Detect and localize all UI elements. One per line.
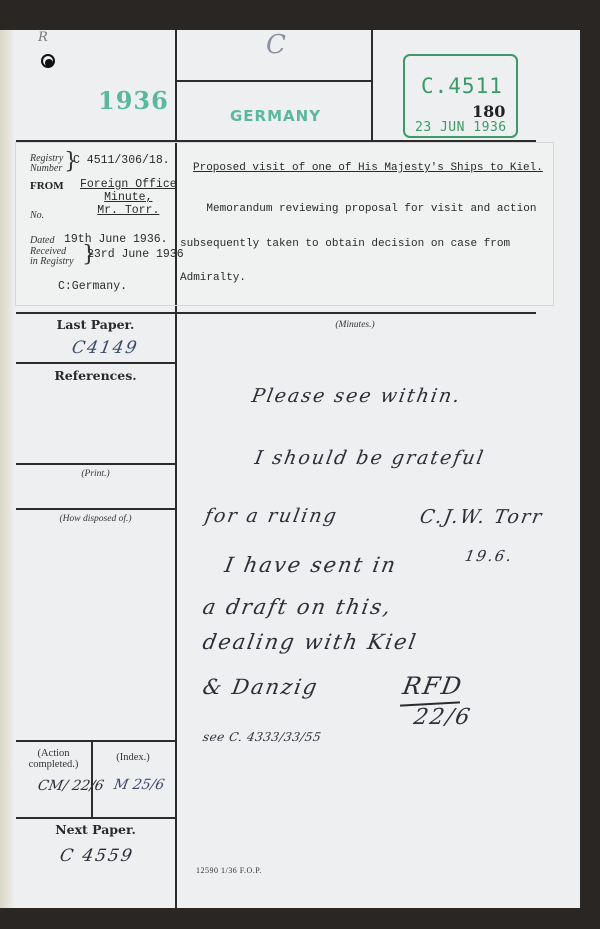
binding-edge xyxy=(0,30,14,908)
registry-slip: Registry Number } C 4511/306/18. FROM Fo… xyxy=(16,143,553,305)
next-paper-value: C 4559 xyxy=(58,846,135,866)
print-label: (Print.) xyxy=(16,469,175,479)
summary: Memorandum reviewing proposal for visit … xyxy=(180,181,536,308)
index-label: (Index.) xyxy=(91,752,175,763)
dated-value: 19th June 1936. xyxy=(64,233,168,246)
received-label: Received in Registry xyxy=(30,247,74,267)
minutes-label: (Minutes.) xyxy=(175,320,535,330)
minute-signature: RFD xyxy=(401,672,466,700)
subject-line: Proposed visit of one of His Majesty's S… xyxy=(193,162,543,174)
last-paper-label: Last Paper. xyxy=(16,317,175,332)
divider xyxy=(16,140,536,142)
divider xyxy=(175,143,177,305)
last-paper-value: C4149 xyxy=(70,338,140,358)
no-label: No. xyxy=(30,211,44,221)
minute-line: for a ruling xyxy=(203,505,340,527)
minute-line: a draft on this, xyxy=(201,595,394,619)
from-value: Foreign Office Minute, Mr. Torr. xyxy=(80,178,177,217)
minute-line: Please see within. xyxy=(250,385,463,407)
stamp-sub-number: 180 xyxy=(472,102,505,121)
received-value: 23rd June 1936 xyxy=(87,248,184,261)
registry-number: C 4511/306/18. xyxy=(73,154,170,167)
action-completed-label: (Action completed.) xyxy=(16,748,91,770)
country-stamp: GERMANY xyxy=(230,107,321,125)
divider xyxy=(371,30,373,142)
divider xyxy=(16,817,175,819)
divider xyxy=(16,463,175,465)
references-label: References. xyxy=(16,368,175,383)
next-paper-label: Next Paper. xyxy=(16,822,175,837)
minute-line: & Danzig xyxy=(201,675,321,699)
minute-date-note: 19.6. xyxy=(463,547,514,565)
minute-line: I have sent in xyxy=(223,553,399,577)
stamp-number: C.4511 xyxy=(421,74,503,98)
divider xyxy=(16,740,175,742)
divider xyxy=(16,362,175,364)
index-value: M 25/6 xyxy=(113,777,166,793)
minute-line: dealing with Kiel xyxy=(201,630,420,654)
divider xyxy=(16,508,175,510)
minute-reference: see C. 4333/33/55 xyxy=(202,730,323,744)
from-label: FROM xyxy=(30,180,64,192)
dated-label: Dated xyxy=(30,236,54,246)
minute-line: I should be grateful xyxy=(253,447,487,469)
registry-number-label: Registry Number xyxy=(30,154,63,174)
class-mark: C xyxy=(266,30,286,60)
stamp-date: 23 JUN 1936 xyxy=(415,120,507,135)
punch-hole-icon xyxy=(41,54,55,68)
file-value: C:Germany. xyxy=(58,280,127,293)
registry-stamp: C.4511 180 23 JUN 1936 xyxy=(403,54,518,138)
divider xyxy=(16,312,536,314)
divider xyxy=(175,80,371,82)
print-code: 12590 1/36 F.O.P. xyxy=(196,866,262,875)
minute-signature: C.J.W. Torr xyxy=(418,506,545,528)
year-stamp: 1936 xyxy=(98,86,169,115)
corner-note: R xyxy=(38,30,48,45)
action-completed-value: CM/ 22/6 xyxy=(37,778,105,794)
minute-signature-date: 22/6 xyxy=(412,705,474,730)
how-disposed-label: (How disposed of.) xyxy=(16,514,175,524)
